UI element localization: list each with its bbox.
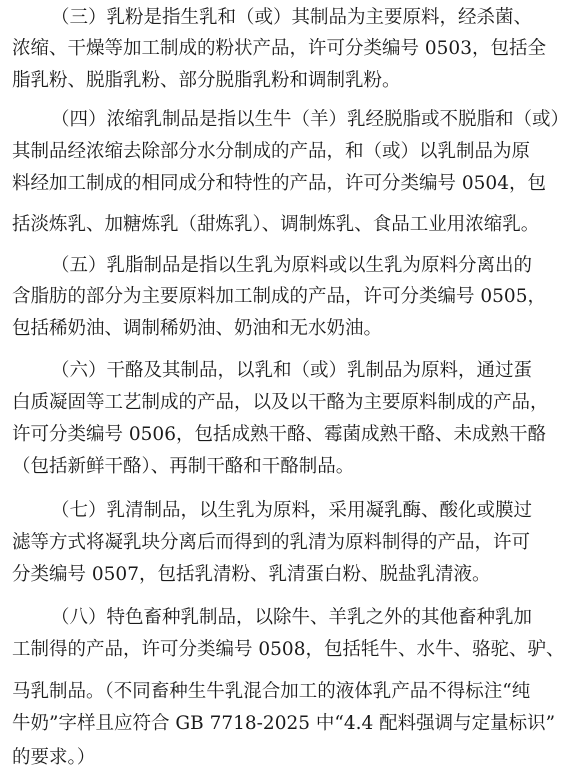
text-line: 工制得的产品，许可分类编号 0508，包括牦牛、水牛、骆驼、驴、 <box>12 634 510 665</box>
text-line: 分类编号 0507，包括乳清粉、乳清蛋白粉、脱盐乳清液。 <box>12 559 510 590</box>
text-line: 含脂肪的部分为主要原料加工制成的产品，许可分类编号 0505， <box>12 281 510 312</box>
text-line: 浓缩、干燥等加工制成的粉状产品，许可分类编号 0503，包括全 <box>12 33 510 64</box>
text-line: 牛奶”字样且应符合 GB 7718-2025 中“4.4 配料强调与定量标识” <box>12 708 510 739</box>
text-line: （五）乳脂制品是指以生乳为原料或以生乳为原料分离出的 <box>51 250 510 281</box>
text-line: （八）特色畜种乳制品，以除牛、羊乳之外的其他畜种乳加 <box>51 602 510 633</box>
text-line: （四）浓缩乳制品是指以生牛（羊）乳经脱脂或不脱脂和（或） <box>51 104 510 135</box>
text-line: （七）乳清制品，以生乳为原料，采用凝乳酶、酸化或膜过 <box>51 495 510 526</box>
text-line: 白质凝固等工艺制成的产品，以及以干酪为主要原料制成的产品， <box>12 387 510 418</box>
text-line: （六）干酪及其制品，以乳和（或）乳制品为原料，通过蛋 <box>51 355 510 386</box>
text-line: 其制品经浓缩去除部分水分制成的产品，和（或）以乳制品为原 <box>12 136 510 167</box>
text-line: 脂乳粉、脱脂乳粉、部分脱脂乳粉和调制乳粉。 <box>12 65 510 96</box>
text-line: 滤等方式将凝乳块分离后而得到的乳清为原料制得的产品，许可 <box>12 527 510 558</box>
text-line: 许可分类编号 0506，包括成熟干酪、霉菌成熟干酪、未成熟干酪 <box>12 419 510 450</box>
text-line: 括淡炼乳、加糖炼乳（甜炼乳）、调制炼乳、食品工业用浓缩乳。 <box>12 209 510 240</box>
text-line: 马乳制品。（不同畜种生牛乳混合加工的液体乳产品不得标注“纯 <box>12 676 510 707</box>
text-line: （包括新鲜干酪）、再制干酪和干酪制品。 <box>12 451 510 482</box>
document-page: （三）乳粉是指生乳和（或）其制品为主要原料，经杀菌、 浓缩、干燥等加工制成的粉状… <box>0 0 561 776</box>
text-line: 包括稀奶油、调制稀奶油、奶油和无水奶油。 <box>12 313 510 344</box>
text-line: （三）乳粉是指生乳和（或）其制品为主要原料，经杀菌、 <box>51 2 510 33</box>
text-line: 的要求。） <box>12 742 510 773</box>
text-line: 料经加工制成的相同成分和特性的产品，许可分类编号 0504，包 <box>12 168 510 199</box>
